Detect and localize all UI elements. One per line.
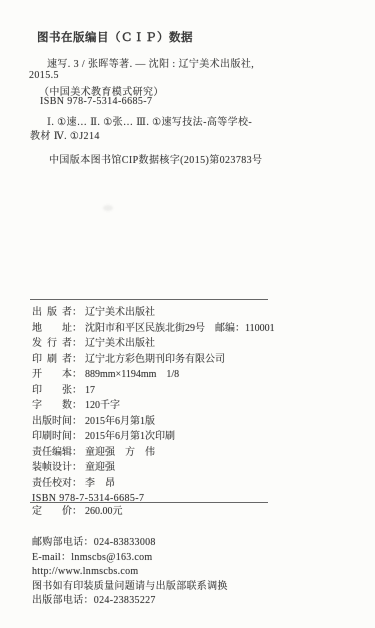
row-label: 出版时间: [32, 414, 72, 430]
row-value: 李 昂: [85, 478, 115, 489]
contact-email: E-mail：lnmscbs@163.com: [32, 551, 228, 566]
row-label: 印刷者: [32, 352, 72, 368]
cip-entry-line1: 速写. 3 / 张晖等著. — 沈阳 : 辽宁美术出版社,: [47, 55, 254, 70]
row-editor: 责任编辑：童迎强 方 伟: [32, 445, 275, 461]
colophon-block: 出版者：辽宁美术出版社 地址：沈阳市和平区民族北街29号 邮编：110001 发…: [32, 305, 275, 507]
contact-publishing-phone: 出版部电话：024-23835227: [32, 594, 228, 609]
row-label: 字数: [32, 398, 72, 414]
row-format: 开本：889mm×1194mm 1/8: [32, 367, 275, 383]
row-label: 印刷时间: [32, 429, 72, 445]
row-colon: ：: [72, 476, 82, 492]
contact-block: 邮购部电话：024-83833008 E-mail：lnmscbs@163.co…: [32, 536, 228, 609]
row-value: 辽宁美术出版社: [85, 307, 155, 318]
cip-classification-line2: 教材 Ⅳ. ①J214: [30, 127, 100, 142]
row-colon: ：: [72, 352, 82, 368]
contact-website: http://www.lnmscbs.com: [32, 565, 228, 580]
row-value: 120千字: [85, 400, 120, 411]
row-label: 开本: [32, 367, 72, 383]
row-label: 责任校对: [32, 476, 72, 492]
row-price: 定价：260.00元: [32, 504, 123, 520]
contact-quality-notice: 图书如有印装质量问题请与出版部联系调换: [32, 580, 228, 595]
row-address: 地址：沈阳市和平区民族北街29号 邮编：110001: [32, 321, 275, 337]
cip-isbn: ISBN 978-7-5314-6685-7: [40, 96, 152, 107]
cip-classification-line1: Ⅰ. ①速… Ⅱ. ①张… Ⅲ. ①速写技法-高等学校-: [47, 113, 252, 128]
row-value: 童迎强 方 伟: [85, 447, 155, 458]
cip-entry-line2: 2015.5: [29, 70, 59, 81]
row-value: 889mm×1194mm 1/8: [85, 369, 179, 380]
contact-mailorder-phone: 邮购部电话：024-83833008: [32, 536, 228, 551]
row-colon: ：: [72, 429, 82, 445]
row-proofreader: 责任校对：李 昂: [32, 476, 275, 492]
row-print-date: 印刷时间：2015年6月第1次印刷: [32, 429, 275, 445]
row-designer: 装帧设计：童迎强: [32, 460, 275, 476]
row-publish-date: 出版时间：2015年6月第1版: [32, 414, 275, 430]
row-value: 2015年6月第1次印刷: [85, 431, 175, 442]
row-value: 2015年6月第1版: [85, 416, 155, 427]
row-colon: ：: [72, 321, 82, 337]
cip-record-number: 中国版本图书馆CIP数据核字(2015)第023783号: [49, 151, 262, 166]
row-value: 童迎强: [85, 462, 115, 473]
row-colon: ：: [72, 398, 82, 414]
row-distributor: 发行者：辽宁美术出版社: [32, 336, 275, 352]
row-value: 辽宁美术出版社: [85, 338, 155, 349]
row-label: 出版者: [32, 305, 72, 321]
row-colon: ：: [72, 305, 82, 321]
row-sheets: 印张：17: [32, 383, 275, 399]
row-colon: ：: [72, 367, 82, 383]
row-label: 责任编辑: [32, 445, 72, 461]
row-colon: ：: [72, 383, 82, 399]
row-colon: ：: [72, 336, 82, 352]
row-value: 辽宁北方彩色期刊印务有限公司: [85, 354, 225, 365]
row-label: 发行者: [32, 336, 72, 352]
scan-smudge: [103, 205, 113, 211]
row-label: 印张: [32, 383, 72, 399]
row-label: 定价: [32, 504, 72, 520]
row-printer: 印刷者：辽宁北方彩色期刊印务有限公司: [32, 352, 275, 368]
row-value: 沈阳市和平区民族北街29号 邮编：110001: [85, 323, 275, 334]
cip-header: 图书在版编目（ＣＩＰ）数据: [37, 29, 193, 45]
row-label: 地址: [32, 321, 72, 337]
divider-top: [30, 299, 268, 300]
row-value: 17: [85, 385, 95, 396]
row-colon: ：: [72, 504, 82, 520]
row-publisher: 出版者：辽宁美术出版社: [32, 305, 275, 321]
row-colon: ：: [72, 414, 82, 430]
row-value: 260.00元: [85, 506, 123, 517]
row-label: 装帧设计: [32, 460, 72, 476]
colophon-page: 图书在版编目（ＣＩＰ）数据 速写. 3 / 张晖等著. — 沈阳 : 辽宁美术出…: [0, 0, 375, 628]
row-wordcount: 字数：120千字: [32, 398, 275, 414]
row-colon: ：: [72, 460, 82, 476]
row-colon: ：: [72, 445, 82, 461]
